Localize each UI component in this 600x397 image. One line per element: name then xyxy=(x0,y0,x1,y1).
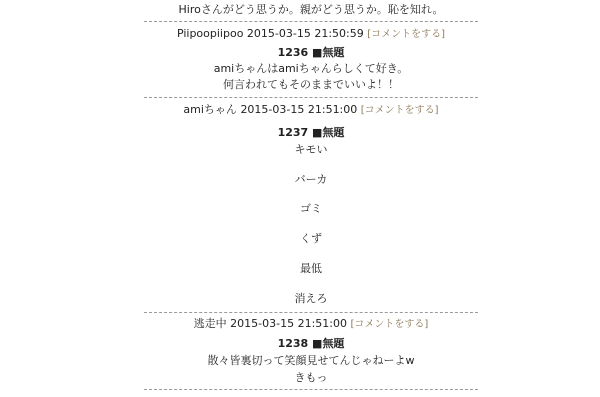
divider xyxy=(144,21,478,22)
post-body-line: 最低 xyxy=(144,262,478,276)
post-title: 1238 ■無題 xyxy=(144,337,478,351)
post-meta: amiちゃん 2015-03-15 21:51:00 [コメントをする] xyxy=(144,103,478,118)
post-title: 1236 ■無題 xyxy=(144,46,478,60)
post-datetime: 2015-03-15 21:50:59 xyxy=(247,27,364,40)
comment-link[interactable]: [コメントをする] xyxy=(351,319,429,330)
post-title-text: 無題 xyxy=(322,126,344,139)
square-icon: ■ xyxy=(312,337,322,350)
post-title: 1237 ■無題 xyxy=(144,126,478,140)
post-body-line: バーカ xyxy=(144,173,478,187)
post-body-line: 消えろ xyxy=(144,292,478,306)
divider xyxy=(144,312,478,313)
post-title-text: 無題 xyxy=(322,337,344,350)
post-body-line: きもっ xyxy=(144,371,478,385)
previous-post-body-line: Hiroさんがどう思うか。親がどう思うか。恥を知れ。 xyxy=(144,3,478,17)
divider xyxy=(144,97,478,98)
post-number: 1237 xyxy=(278,126,309,139)
square-icon: ■ xyxy=(312,46,322,59)
divider xyxy=(144,389,478,390)
post-body-line: 散々皆裏切って笑顔見せてんじゃねーよw xyxy=(144,354,478,368)
post-author: 逃走中 xyxy=(194,317,227,330)
post-body-line: くず xyxy=(144,232,478,246)
post-body-line: 何言われてもそのままでいいよ！！ xyxy=(144,78,478,92)
comment-link[interactable]: [コメントをする] xyxy=(367,29,445,40)
post-body-line: キモい xyxy=(144,143,478,157)
post-datetime: 2015-03-15 21:51:00 xyxy=(240,103,357,116)
post-author: amiちゃん xyxy=(183,103,237,116)
post-title-text: 無題 xyxy=(322,46,344,59)
post-body-line: amiちゃんはamiちゃんらしくて好き。 xyxy=(144,62,478,76)
post-number: 1238 xyxy=(278,337,309,350)
post-number: 1236 xyxy=(278,46,309,59)
post-author: Piipoopiipoo xyxy=(177,27,243,40)
post-body-line: ゴミ xyxy=(144,202,478,216)
post-meta: 逃走中 2015-03-15 21:51:00 [コメントをする] xyxy=(144,317,478,332)
post-datetime: 2015-03-15 21:51:00 xyxy=(230,317,347,330)
comment-link[interactable]: [コメントをする] xyxy=(361,105,439,116)
square-icon: ■ xyxy=(312,126,322,139)
post-meta: Piipoopiipoo 2015-03-15 21:50:59 [コメントをす… xyxy=(144,27,478,42)
